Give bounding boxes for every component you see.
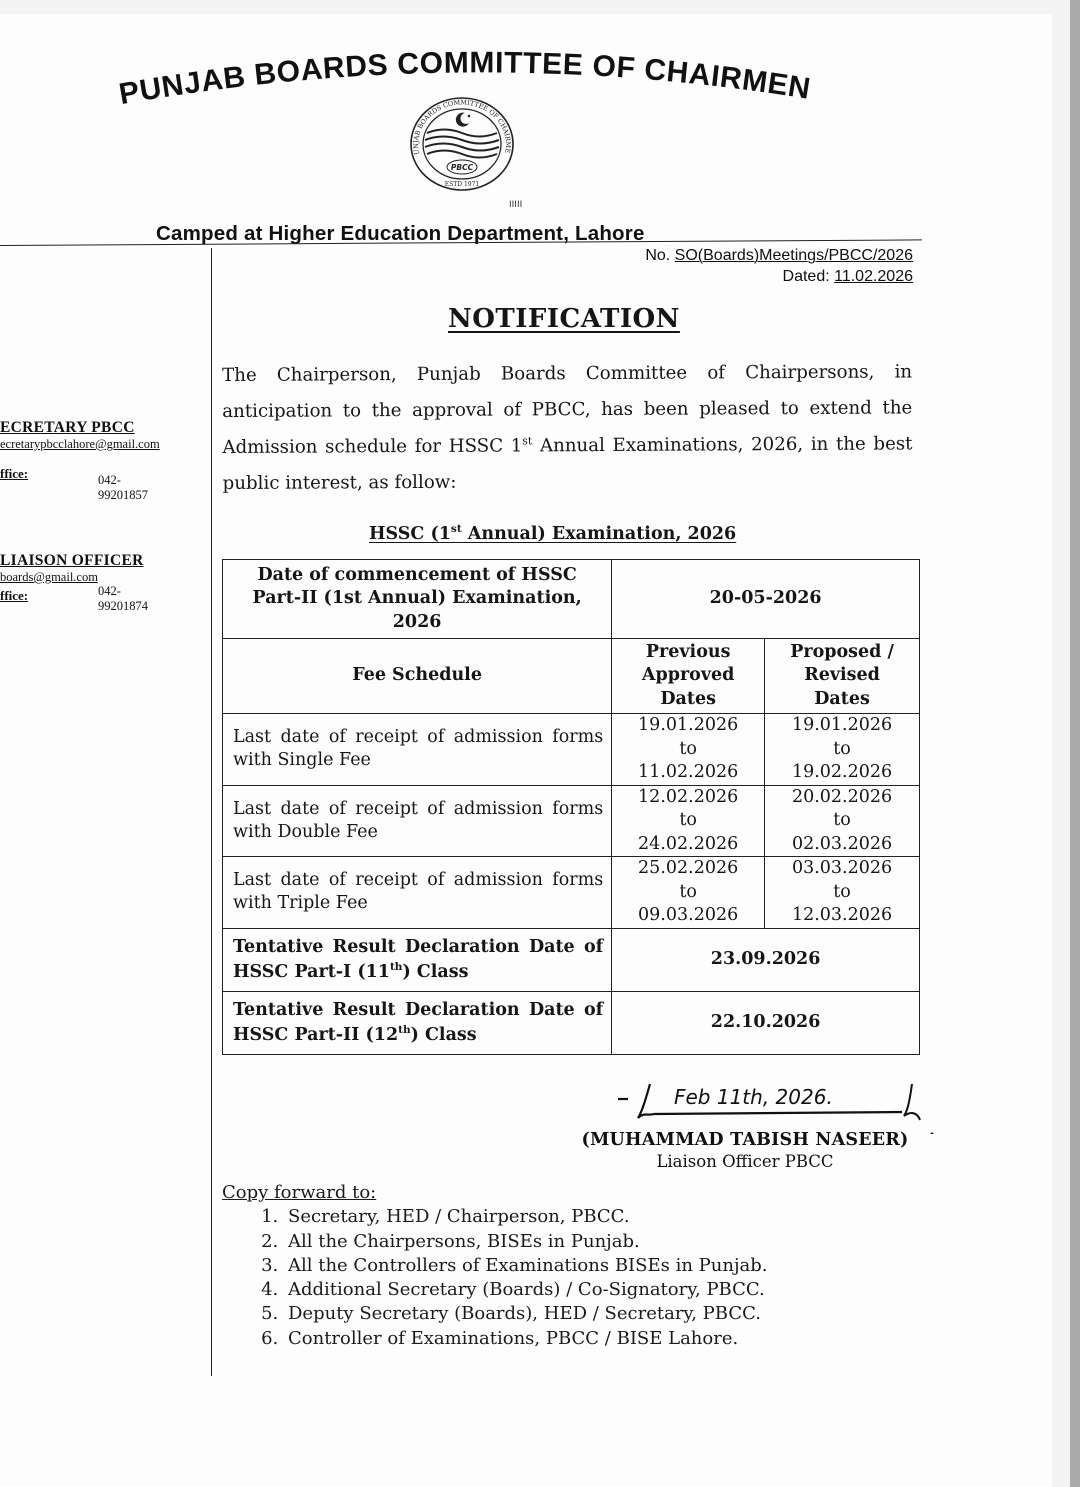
office-phone: 042-99201857 <box>98 473 160 503</box>
list-item: Deputy Secretary (Boards), HED / Secreta… <box>284 1302 768 1326</box>
reference-date: Dated: 11.02.2026 <box>645 266 913 287</box>
schedule-title: HSSC (1st Annual) Examination, 2026 <box>369 524 736 544</box>
svg-text:PBCC: PBCC <box>451 163 474 172</box>
copy-forward-section: Copy forward to: Secretary, HED / Chairp… <box>222 1181 768 1351</box>
svg-text:ESTD 1971: ESTD 1971 <box>445 181 479 188</box>
reference-number: No. SO(Boards)Meetings/PBCC/2026 <box>645 245 913 266</box>
result-date: 23.09.2026 <box>612 928 920 991</box>
notification-body: The Chairperson, Punjab Boards Committee… <box>222 354 913 502</box>
signatory-designation: Liaison Officer PBCC <box>577 1152 913 1171</box>
proposed-dates: 03.03.2026to12.03.2026 <box>765 857 920 929</box>
contact-email[interactable]: boards@gmail.com <box>0 570 144 585</box>
handwritten-date: Feb 11th, 2026. <box>674 1085 833 1109</box>
table-row: Last date of receipt of admission forms … <box>223 714 920 786</box>
page-margin <box>1052 0 1070 1487</box>
reference-block: No. SO(Boards)Meetings/PBCC/2026 Dated: … <box>645 245 913 287</box>
schedule-table: Date of commencement of HSSC Part-II (1s… <box>222 559 920 1055</box>
proposed-dates: 19.01.2026to19.02.2026 <box>765 714 920 786</box>
contact-secretary: ECRETARY PBCC ecretarypbcclahore@gmail.c… <box>0 419 160 482</box>
office-phone: 042-99201874 <box>98 584 148 614</box>
result-label: Tentative Result Declaration Date of HSS… <box>223 928 612 991</box>
result-row: Tentative Result Declaration Date of HSS… <box>223 991 920 1054</box>
previous-dates: 19.01.2026to11.02.2026 <box>612 714 765 786</box>
recipient-list: Secretary, HED / Chairperson, PBCC. All … <box>222 1205 768 1351</box>
contact-title: ECRETARY PBCC <box>0 419 160 437</box>
table-row: Last date of receipt of admission forms … <box>223 785 920 857</box>
header-fee-schedule: Fee Schedule <box>223 639 612 714</box>
copy-forward-heading: Copy forward to: <box>222 1181 768 1205</box>
header-previous-dates: Previous Approved Dates <box>612 639 765 714</box>
previous-dates: 12.02.2026to24.02.2026 <box>612 785 765 857</box>
stamp-mark: IIIII <box>509 200 522 210</box>
notification-title: NOTIFICATION <box>448 304 680 334</box>
scrollbar-edge <box>1070 0 1080 1487</box>
signatory: (MUHAMMAD TABISH NASEER) Liaison Officer… <box>577 1130 913 1171</box>
result-date: 22.10.2026 <box>612 991 920 1054</box>
commencement-label: Date of commencement of HSSC Part-II (1s… <box>223 560 612 639</box>
result-label: Tentative Result Declaration Date of HSS… <box>223 991 612 1054</box>
pbcc-emblem-icon: PUNJAB BOARDS COMMITTEE OF CHAIRMEN PBCC… <box>403 95 521 193</box>
commencement-date: 20-05-2026 <box>612 560 920 639</box>
header-proposed-dates: Proposed / Revised Dates <box>765 639 920 714</box>
fee-label: Last date of receipt of admission forms … <box>223 714 612 786</box>
proposed-dates: 20.02.2026to02.03.2026 <box>765 785 920 857</box>
signatory-name: (MUHAMMAD TABISH NASEER) <box>577 1130 913 1150</box>
contact-email[interactable]: ecretarypbcclahore@gmail.com <box>0 437 160 452</box>
fee-label: Last date of receipt of admission forms … <box>223 785 612 857</box>
sidebar-divider <box>211 248 212 1376</box>
previous-dates: 25.02.2026to09.03.2026 <box>612 857 765 929</box>
handwritten-signature: Feb 11th, 2026. <box>612 1074 942 1134</box>
table-header-row: Fee Schedule Previous Approved Dates Pro… <box>223 639 920 714</box>
list-item: All the Chairpersons, BISEs in Punjab. <box>284 1230 768 1254</box>
list-item: Secretary, HED / Chairperson, PBCC. <box>284 1205 768 1229</box>
commencement-row: Date of commencement of HSSC Part-II (1s… <box>223 560 920 639</box>
list-item: Additional Secretary (Boards) / Co-Signa… <box>284 1278 768 1302</box>
list-item: All the Controllers of Examinations BISE… <box>284 1254 768 1278</box>
list-item: Controller of Examinations, PBCC / BISE … <box>284 1327 768 1351</box>
contact-liaison-officer: LIAISON OFFICER boards@gmail.com ffice: … <box>0 552 144 604</box>
table-row: Last date of receipt of admission forms … <box>223 857 920 929</box>
result-row: Tentative Result Declaration Date of HSS… <box>223 928 920 991</box>
contact-title: LIAISON OFFICER <box>0 552 144 570</box>
fee-label: Last date of receipt of admission forms … <box>223 857 612 929</box>
